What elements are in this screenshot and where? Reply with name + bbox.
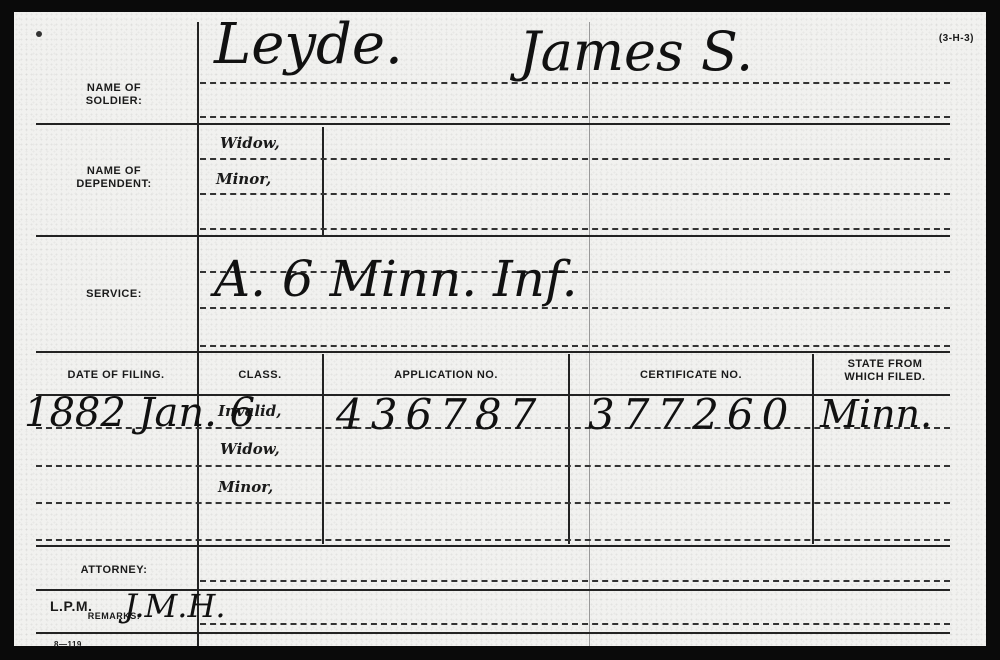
soldier-surname: Leyde. <box>214 12 403 77</box>
class-column-divider <box>322 354 324 544</box>
rule <box>200 116 950 118</box>
rule <box>200 193 950 195</box>
class-minor: Minor, <box>218 478 273 496</box>
rule <box>200 623 950 625</box>
remarks-initials: J.M.H. <box>124 587 226 625</box>
service-entry: A. 6 Minn. Inf. <box>214 250 578 308</box>
certificate-no-label: CERTIFICATE NO. <box>571 369 811 382</box>
certificate-column-divider <box>812 354 814 544</box>
rule <box>36 502 950 504</box>
pension-index-card: (3-H-3) NAME OF SOLDIER: Leyde. James S.… <box>14 12 986 646</box>
class-label: CLASS. <box>200 369 320 382</box>
name-of-dependent-label: NAME OF DEPENDENT: <box>54 165 174 191</box>
dependent-type-minor: Minor, <box>216 170 271 188</box>
state-entry: Minn. <box>820 392 932 436</box>
certificate-no-entry: 377260 <box>588 390 796 439</box>
service-label: SERVICE: <box>54 288 174 301</box>
date-of-filing-label: DATE OF FILING. <box>36 369 196 382</box>
application-column-divider <box>568 354 570 544</box>
application-no-entry: 436787 <box>336 390 544 439</box>
name-of-soldier-label: NAME OF SOLDIER: <box>54 82 174 108</box>
section-divider <box>36 235 950 237</box>
rule <box>200 228 950 230</box>
dependent-type-widow: Widow, <box>220 134 280 152</box>
rule <box>36 539 950 541</box>
section-divider <box>36 123 950 125</box>
section-divider <box>36 545 950 547</box>
state-from-which-filed-label: STATE FROM WHICH FILED. <box>815 358 955 384</box>
rule <box>200 158 950 160</box>
lpm-stamp: L.P.M. <box>50 600 92 613</box>
rule <box>36 465 950 467</box>
application-no-label: APPLICATION NO. <box>325 369 567 382</box>
label-column-divider <box>197 22 199 646</box>
soldier-given-name: James S. <box>519 20 753 83</box>
rule <box>200 580 950 582</box>
section-divider <box>36 632 950 634</box>
dependent-type-divider <box>322 127 324 235</box>
rule <box>200 345 950 347</box>
form-code: (3-H-3) <box>939 32 974 45</box>
form-number: 8—119 <box>54 638 82 651</box>
date-of-filing-entry: 1882 Jan. 6 <box>24 390 255 436</box>
section-divider <box>36 351 950 353</box>
punch-hole-mark <box>36 31 42 37</box>
class-widow: Widow, <box>220 440 280 458</box>
attorney-label: ATTORNEY: <box>54 564 174 577</box>
